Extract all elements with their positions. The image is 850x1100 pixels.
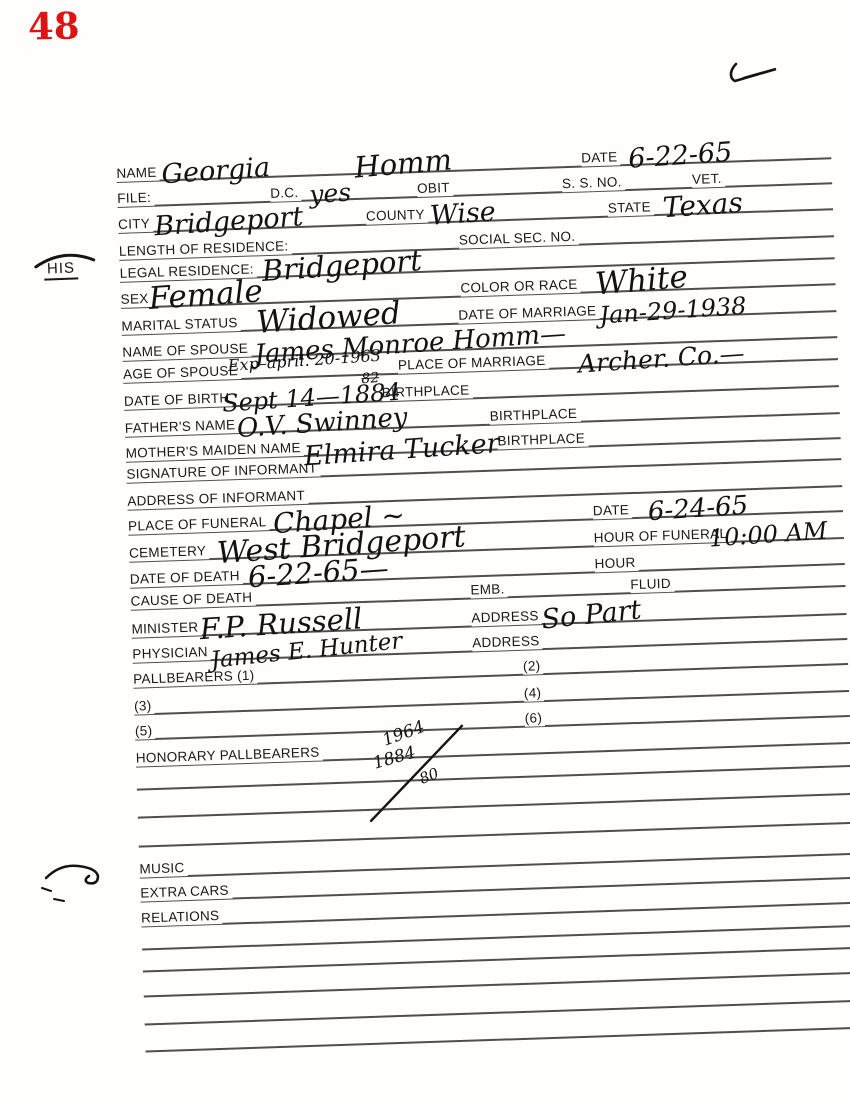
handwritten-last-name: Homm xyxy=(353,145,453,182)
funeral-record-form: NAME Georgia Homm DATE 6-22-65 FILE: D.C… xyxy=(115,106,850,1039)
handwritten-first-name: Georgia xyxy=(161,154,271,188)
arithmetic-scribble: 1964 1884 80 xyxy=(360,721,478,825)
pallbearer-6-label: (6) xyxy=(524,710,545,727)
margin-squiggle xyxy=(36,848,110,904)
handwritten-dc-value: yes xyxy=(308,180,351,208)
minister-label: MINISTER xyxy=(131,619,201,637)
file-label: FILE: xyxy=(117,190,154,207)
physician-label: PHYSICIAN xyxy=(132,644,211,663)
pallbearer-3-label: (3) xyxy=(134,698,155,715)
funeral-date-label: DATE xyxy=(593,502,633,519)
name-label: NAME xyxy=(116,165,160,182)
ssno-label: S. S. NO. xyxy=(562,174,625,192)
handwritten-county: Wise xyxy=(429,198,496,229)
handwritten-state: Texas xyxy=(662,189,744,222)
handwritten-funeral-date: 6-24-65 xyxy=(647,492,749,525)
emb-label: EMB. xyxy=(470,581,508,598)
state-label: STATE xyxy=(608,199,655,217)
handwritten-sex: Female xyxy=(148,276,264,315)
checkmark-scribble xyxy=(722,52,784,94)
hour-label: HOUR xyxy=(594,555,638,572)
scanned-funeral-record-page: 48 HIS NAME Georgia Homm DATE 6-22-65 FI… xyxy=(0,0,850,1100)
page-number: 48 xyxy=(28,4,80,49)
rule-line xyxy=(146,1027,850,1053)
pallbearer-4-label: (4) xyxy=(524,685,545,702)
minister-address-label: ADDRESS xyxy=(471,608,542,626)
sex-label: SEX xyxy=(120,291,151,308)
physician-address-label: ADDRESS xyxy=(472,633,543,651)
margin-note-his: HIS xyxy=(30,259,95,281)
vet-label: VET. xyxy=(692,171,725,188)
cemetery-label: CEMETERY xyxy=(129,543,210,562)
handwritten-color-or-race: White xyxy=(594,262,689,301)
handwritten-age-note: 82 xyxy=(361,371,380,386)
city-label: CITY xyxy=(118,216,153,233)
arc-stroke xyxy=(33,251,100,271)
obit-label: OBIT xyxy=(417,180,453,197)
pallbearer-5-label: (5) xyxy=(135,723,156,740)
birthplace-label-3: BIRTHPLACE xyxy=(497,430,588,449)
dc-label: D.C. xyxy=(270,185,302,202)
handwritten-record-date: 6-22-65 xyxy=(627,139,733,173)
county-label: COUNTY xyxy=(366,207,428,225)
date-label: DATE xyxy=(581,149,621,166)
fluid-label: FLUID xyxy=(630,576,674,593)
music-label: MUSIC xyxy=(139,860,188,878)
extra-cars-label: EXTRA CARS xyxy=(140,883,232,902)
relations-label: RELATIONS xyxy=(141,908,223,927)
birthplace-label-2: BIRTHPLACE xyxy=(489,406,580,425)
pallbearer-2-label: (2) xyxy=(523,658,544,675)
